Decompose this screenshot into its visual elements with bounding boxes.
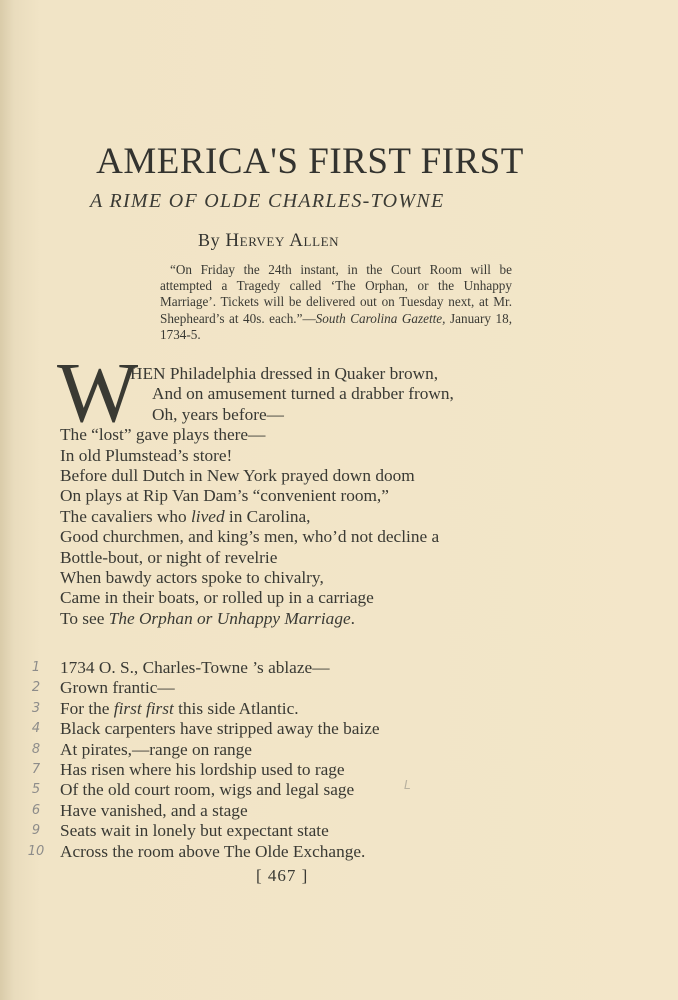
verse-line: To see The Orphan or Unhappy Marriage. xyxy=(60,609,454,629)
line-text: For the xyxy=(60,699,114,718)
handwritten-line-number: 1 xyxy=(22,658,50,678)
stanza-1: HEN Philadelphia dressed in Quaker brown… xyxy=(60,364,454,629)
line-text: Grown frantic— xyxy=(60,678,175,697)
verse-line: 2Grown frantic— xyxy=(60,678,380,698)
line-italic: lived xyxy=(191,507,225,526)
page-title: AMERICA'S FIRST FIRST xyxy=(0,140,560,183)
subtitle: A RIME OF OLDE CHARLES-TOWNE xyxy=(90,190,445,213)
verse-line: 8At pirates,—range on range xyxy=(60,740,380,760)
line-italic: first first xyxy=(114,699,174,718)
line-text: At pirates,—range on range xyxy=(60,740,252,759)
verse-line: 9Seats wait in lonely but expectant stat… xyxy=(60,821,380,841)
verse-line: HEN Philadelphia dressed in Quaker brown… xyxy=(60,364,454,384)
verse-line: The cavaliers who lived in Carolina, xyxy=(60,507,454,527)
handwritten-line-number: 3 xyxy=(22,699,50,719)
handwritten-line-number: 5 xyxy=(22,780,50,800)
verse-line: Came in their boats, or rolled up in a c… xyxy=(60,588,454,608)
verse-line: And on amusement turned a drabber frown, xyxy=(60,384,454,404)
verse-line: In old Plumstead’s store! xyxy=(60,446,454,466)
line-text: To see xyxy=(60,609,109,628)
handwritten-side-mark: L xyxy=(404,778,411,792)
line-text: Of the old court room, wigs and legal sa… xyxy=(60,780,354,799)
epigraph-source: South Carolina Gazette, xyxy=(316,311,446,326)
verse-line: 3For the first first this side Atlantic. xyxy=(60,699,380,719)
verse-line: Good churchmen, and king’s men, who’d no… xyxy=(60,527,454,547)
verse-line: Before dull Dutch in New York prayed dow… xyxy=(60,466,454,486)
line-text: Have vanished, and a stage xyxy=(60,801,248,820)
verse-line: On plays at Rip Van Dam’s “convenient ro… xyxy=(60,486,454,506)
verse-line: 7Has risen where his lordship used to ra… xyxy=(60,760,380,780)
handwritten-line-number: 7 xyxy=(22,760,50,780)
verse-line: 6Have vanished, and a stage xyxy=(60,801,380,821)
epigraph: “On Friday the 24th instant, in the Cour… xyxy=(160,262,512,343)
epigraph-body: “On Friday the 24th instant, in the Cour… xyxy=(160,262,512,343)
line-text: in Carolina, xyxy=(225,507,311,526)
handwritten-line-number: 2 xyxy=(22,678,50,698)
handwritten-line-number: 6 xyxy=(22,801,50,821)
title-text: AMERICA'S FIRST FIRST xyxy=(96,140,524,183)
page-number: [ 467 ] xyxy=(256,866,308,886)
stanza-2: 11734 O. S., Charles-Towne ’s ablaze— 2G… xyxy=(60,658,380,862)
verse-line: Oh, years before— xyxy=(60,405,454,425)
handwritten-line-number: 10 xyxy=(22,842,50,862)
handwritten-line-number: 4 xyxy=(22,719,50,739)
byline: By Hervey Allen xyxy=(198,230,339,252)
line-text: . xyxy=(351,609,355,628)
verse-line: The “lost” gave plays there— xyxy=(60,425,454,445)
handwritten-line-number: 9 xyxy=(22,821,50,841)
line-text: Has risen where his lordship used to rag… xyxy=(60,760,345,779)
verse-line: 11734 O. S., Charles-Towne ’s ablaze— xyxy=(60,658,380,678)
verse-line: 5Of the old court room, wigs and legal s… xyxy=(60,780,380,800)
byline-prefix: By xyxy=(198,230,220,250)
author-name: Hervey Allen xyxy=(225,230,339,251)
verse-line: Bottle-bout, or night of revelrie xyxy=(60,548,454,568)
line-text: this side Atlantic. xyxy=(174,699,299,718)
book-page: AMERICA'S FIRST FIRST A RIME OF OLDE CHA… xyxy=(0,0,678,1000)
handwritten-line-number: 8 xyxy=(22,740,50,760)
line-text: Black carpenters have stripped away the … xyxy=(60,719,380,738)
verse-line: 10Across the room above The Olde Exchang… xyxy=(60,842,380,862)
line-text: 1734 O. S., Charles-Towne ’s ablaze— xyxy=(60,658,329,677)
line-text: Across the room above The Olde Exchange. xyxy=(60,842,365,861)
verse-line: When bawdy actors spoke to chivalry, xyxy=(60,568,454,588)
verse-line: 4Black carpenters have stripped away the… xyxy=(60,719,380,739)
line-italic: The Orphan or Unhappy Marriage xyxy=(109,609,351,628)
line-text: The cavaliers who xyxy=(60,507,191,526)
line-text: Seats wait in lonely but expectant state xyxy=(60,821,329,840)
